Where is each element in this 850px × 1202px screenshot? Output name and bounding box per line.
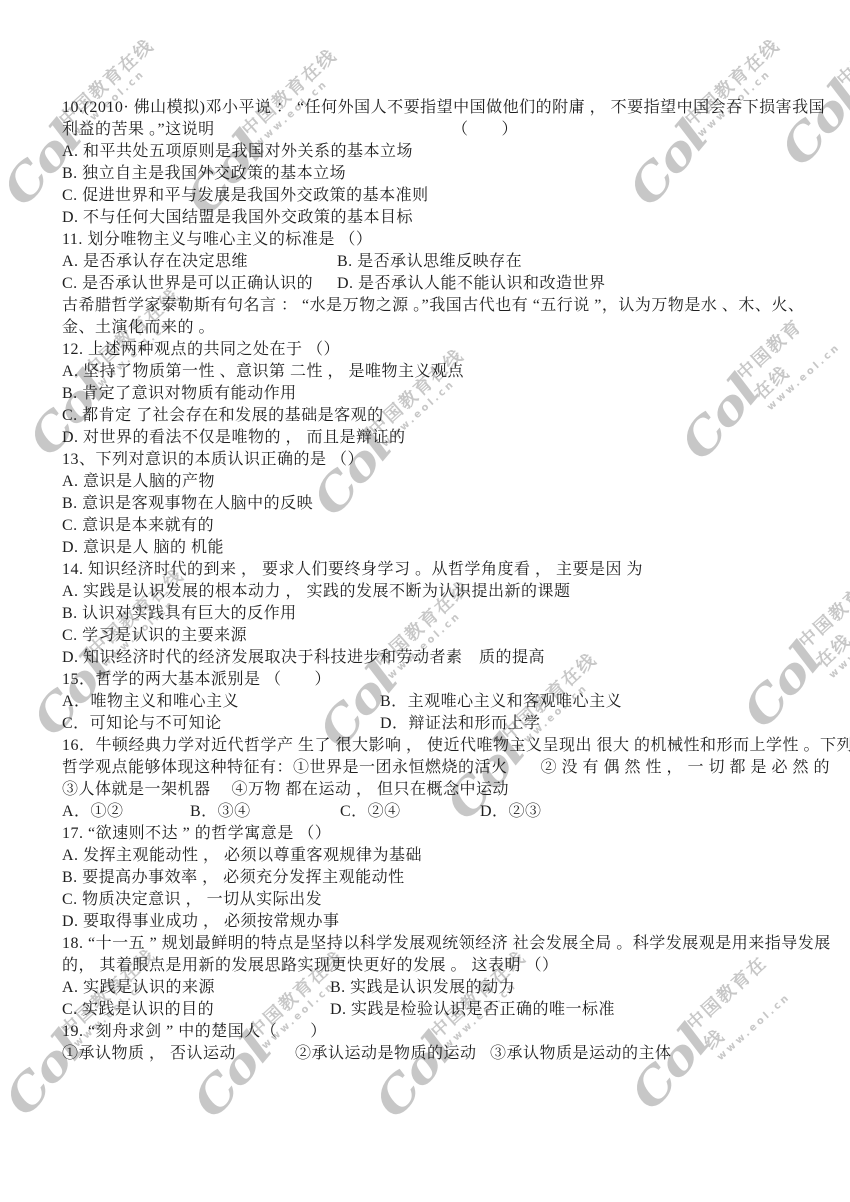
text-segment: 19. “刻舟求剑 ” 中的楚国人（ ）: [62, 1021, 327, 1043]
text-line: B. 要提高办事效率 ， 必须充分发挥主观能动性: [0, 867, 850, 889]
text-segment: 金、土演化而来的 。: [62, 317, 215, 339]
text-segment: D. 意识是人 脑的 机能: [62, 537, 224, 559]
text-segment: D. 是否承认人能不能认识和改造世界: [337, 273, 606, 295]
text-line: D. 对世界的看法不仅是唯物的 ， 而且是辩证的: [0, 427, 850, 449]
text-segment: ①承认物质 ， 否认运动: [62, 1043, 236, 1065]
text-line: B. 肯定了意识对物质有能动作用: [0, 383, 850, 405]
text-line: 10.(2010· 佛山模拟)邓小平说 ： “任何外国人不要指望中国做他们的附庸…: [0, 97, 850, 119]
text-segment: D. 知识经济时代的经济发展取决于科技进步和劳动者素 质的提高: [62, 647, 545, 669]
text-line: A．唯物主义和唯心主义B．主观唯心主义和客观唯心主义: [0, 691, 850, 713]
text-line: 11. 划分唯物主义与唯心主义的标准是 （）: [0, 229, 850, 251]
text-segment: 18. “十一五 ” 规划最鲜明的特点是坚持以科学发展观统领经济 社会发展全局 …: [62, 933, 831, 955]
text-segment: C．可知论与不可知论: [62, 713, 222, 735]
text-line: 金、土演化而来的 。: [0, 317, 850, 339]
text-segment: 13、下列对意识的本质认识正确的是 （）: [62, 449, 364, 471]
text-segment: D. 对世界的看法不仅是唯物的 ， 而且是辩证的: [62, 427, 406, 449]
text-line: A. 实践是认识的来源B. 实践是认识发展的动力: [0, 977, 850, 999]
text-line: 14. 知识经济时代的到来 ， 要求人们要终身学习 。从哲学角度看 ， 主要是因…: [0, 559, 850, 581]
text-line: 13、下列对意识的本质认识正确的是 （）: [0, 449, 850, 471]
text-segment: A. 是否承认存在决定思维: [62, 251, 248, 273]
text-line: 哲学观点能够体现这种特征有：①世界是一团永恒燃烧的活火 ② 没 有 偶 然 性 …: [0, 757, 850, 779]
text-segment: 15．哲学的两大基本派别是 （ ）: [62, 669, 331, 691]
document-lines: 10.(2010· 佛山模拟)邓小平说 ： “任何外国人不要指望中国做他们的附庸…: [0, 0, 850, 1202]
text-line: C．可知论与不可知论D．辩证法和形而上学: [0, 713, 850, 735]
text-segment: D. 要取得事业成功 ， 必须按常规办事: [62, 911, 340, 933]
text-line: 的， 其着眼点是用新的发展思路实现更快更好的发展 。 这表明 （）: [0, 955, 850, 977]
text-line: A. 坚持了物质第一性 、意识第 二性 ， 是唯物主义观点: [0, 361, 850, 383]
text-segment: 利益的苦果 。”这说明: [62, 119, 215, 141]
text-line: 古希腊哲学家泰勒斯有句名言 ： “水是万物之源 。”我国古代也有 “五行说 ”，…: [0, 295, 850, 317]
text-segment: B. 要提高办事效率 ， 必须充分发挥主观能动性: [62, 867, 405, 889]
text-segment: D．辩证法和形而上学: [380, 713, 541, 735]
text-line: ③人体就是一架机器 ④万物 都在运动 ， 但只在概念中运动: [0, 779, 850, 801]
text-line: A. 是否承认存在决定思维B. 是否承认思维反映存在: [0, 251, 850, 273]
text-line: C. 意识是本来就有的: [0, 515, 850, 537]
text-segment: ②承认运动是物质的运动: [295, 1043, 477, 1065]
text-segment: A. 发挥主观能动性 ， 必须以尊重客观规律为基础: [62, 845, 422, 867]
text-segment: C. 物质决定意识 ， 一切从实际出发: [62, 889, 322, 911]
text-line: C. 是否承认世界是可以正确认识的D. 是否承认人能不能认识和改造世界: [0, 273, 850, 295]
text-line: 12. 上述两种观点的共同之处在于 （）: [0, 339, 850, 361]
text-segment: 12. 上述两种观点的共同之处在于 （）: [62, 339, 340, 361]
text-line: B. 意识是客观事物在人脑中的反映: [0, 493, 850, 515]
text-line: D. 不与任何大国结盟是我国外交政策的基本目标: [0, 207, 850, 229]
text-line: D. 要取得事业成功 ， 必须按常规办事: [0, 911, 850, 933]
text-segment: C. 促进世界和平与发展是我国外交政策的基本准则: [62, 185, 429, 207]
text-line: 利益的苦果 。”这说明（ ）: [0, 119, 850, 141]
text-segment: C. 都肯定 了社会存在和发展的基础是客观的: [62, 405, 384, 427]
text-segment: C. 是否承认世界是可以正确认识的: [62, 273, 313, 295]
text-line: A. 意识是人脑的产物: [0, 471, 850, 493]
text-line: 18. “十一五 ” 规划最鲜明的特点是坚持以科学发展观统领经济 社会发展全局 …: [0, 933, 850, 955]
text-line: ①承认物质 ， 否认运动②承认运动是物质的运动③承认物质是运动的主体: [0, 1043, 850, 1065]
text-segment: B. 是否承认思维反映存在: [337, 251, 522, 273]
text-segment: D. 实践是检验认识是否正确的唯一标准: [330, 999, 615, 1021]
text-segment: B．主观唯心主义和客观唯心主义: [380, 691, 622, 713]
text-segment: B．③④: [190, 801, 251, 823]
text-segment: A. 实践是认识的来源: [62, 977, 215, 999]
text-line: B. 独立自主是我国外交政策的基本立场: [0, 163, 850, 185]
text-segment: A. 和平共处五项原则是我国对外关系的基本立场: [62, 141, 413, 163]
text-segment: C. 实践是认识的目的: [62, 999, 214, 1021]
text-segment: 11. 划分唯物主义与唯心主义的标准是 （）: [62, 229, 372, 251]
text-line: C. 学习是认识的主要来源: [0, 625, 850, 647]
text-segment: C. 意识是本来就有的: [62, 515, 214, 537]
text-line: C. 物质决定意识 ， 一切从实际出发: [0, 889, 850, 911]
text-segment: A. 实践是认识发展的根本动力 ， 实践的发展不断为认识提出新的课题: [62, 581, 571, 603]
text-segment: （ ）: [452, 119, 518, 141]
text-segment: D. 不与任何大国结盟是我国外交政策的基本目标: [62, 207, 413, 229]
text-segment: C. 学习是认识的主要来源: [62, 625, 247, 647]
text-segment: 17. “欲速则不达 ” 的哲学寓意是 （）: [62, 823, 331, 845]
text-segment: 哲学观点能够体现这种特征有：①世界是一团永恒燃烧的活火 ② 没 有 偶 然 性 …: [62, 757, 830, 779]
text-line: D. 意识是人 脑的 机能: [0, 537, 850, 559]
text-line: 17. “欲速则不达 ” 的哲学寓意是 （）: [0, 823, 850, 845]
text-segment: B. 认识对实践具有巨大的反作用: [62, 603, 297, 625]
text-line: A. 实践是认识发展的根本动力 ， 实践的发展不断为认识提出新的课题: [0, 581, 850, 603]
text-segment: ③承认物质是运动的主体: [490, 1043, 672, 1065]
text-line: 16．牛顿经典力学对近代哲学产 生了 很大影响 ， 使近代唯物主义呈现出 很大 …: [0, 735, 850, 757]
text-segment: 14. 知识经济时代的到来 ， 要求人们要终身学习 。从哲学角度看 ， 主要是因…: [62, 559, 643, 581]
text-line: C. 实践是认识的目的D. 实践是检验认识是否正确的唯一标准: [0, 999, 850, 1021]
text-segment: B. 实践是认识发展的动力: [330, 977, 515, 999]
text-line: A. 和平共处五项原则是我国对外关系的基本立场: [0, 141, 850, 163]
text-line: B. 认识对实践具有巨大的反作用: [0, 603, 850, 625]
text-segment: 古希腊哲学家泰勒斯有句名言 ： “水是万物之源 。”我国古代也有 “五行说 ”，…: [62, 295, 804, 317]
text-segment: B. 意识是客观事物在人脑中的反映: [62, 493, 313, 515]
text-line: A. 发挥主观能动性 ， 必须以尊重客观规律为基础: [0, 845, 850, 867]
text-segment: B. 肯定了意识对物质有能动作用: [62, 383, 297, 405]
text-segment: A. 坚持了物质第一性 、意识第 二性 ， 是唯物主义观点: [62, 361, 464, 383]
text-line: D. 知识经济时代的经济发展取决于科技进步和劳动者素 质的提高: [0, 647, 850, 669]
text-segment: 10.(2010· 佛山模拟)邓小平说 ： “任何外国人不要指望中国做他们的附庸…: [62, 97, 825, 119]
text-line: A．①②B．③④C．②④D．②③: [0, 801, 850, 823]
text-line: C. 促进世界和平与发展是我国外交政策的基本准则: [0, 185, 850, 207]
text-segment: D．②③: [480, 801, 542, 823]
text-segment: 16．牛顿经典力学对近代哲学产 生了 很大影响 ， 使近代唯物主义呈现出 很大 …: [62, 735, 850, 757]
text-segment: A. 意识是人脑的产物: [62, 471, 215, 493]
text-segment: B. 独立自主是我国外交政策的基本立场: [62, 163, 346, 185]
text-segment: ③人体就是一架机器 ④万物 都在运动 ， 但只在概念中运动: [62, 779, 509, 801]
text-segment: A．①②: [62, 801, 124, 823]
text-line: 15．哲学的两大基本派别是 （ ）: [0, 669, 850, 691]
text-segment: C．②④: [340, 801, 401, 823]
text-line: 19. “刻舟求剑 ” 中的楚国人（ ）: [0, 1021, 850, 1043]
text-line: C. 都肯定 了社会存在和发展的基础是客观的: [0, 405, 850, 427]
exam-page: Col中国教育在线www.eol.cnCol中国教育在线www.eol.cnCo…: [0, 0, 850, 1202]
text-segment: A．唯物主义和唯心主义: [62, 691, 239, 713]
text-segment: 的， 其着眼点是用新的发展思路实现更快更好的发展 。 这表明 （）: [62, 955, 559, 977]
